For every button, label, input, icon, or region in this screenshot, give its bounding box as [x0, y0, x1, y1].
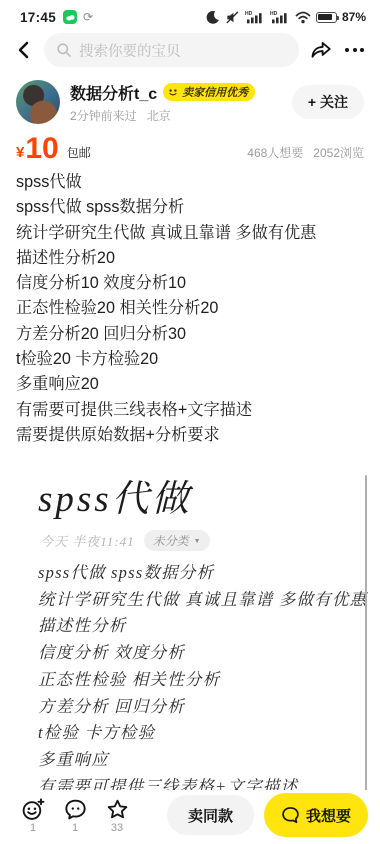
seller-info: 数据分析t_c 卖家信用优秀 2分钟前来过 北京 — [70, 81, 282, 124]
seller-avatar[interactable] — [16, 80, 60, 124]
shipping-label: 包邮 — [67, 144, 91, 164]
item-detail-screen: 17:45 ⟳ HD HD — [0, 0, 380, 844]
price-row: ¥ 10 包邮 468人想要 2052浏览 — [0, 124, 380, 164]
description-line: 信度分析10 效度分析10 — [16, 271, 364, 296]
chevron-down-icon: ▼ — [194, 537, 201, 545]
comment-count: 1 — [72, 823, 78, 834]
note-line: spss代做 spss数据分析 — [38, 560, 354, 587]
sell-same-button[interactable]: 卖同款 — [167, 795, 254, 835]
battery-percent: 87% — [342, 10, 366, 24]
description-line: 多重响应20 — [16, 372, 364, 397]
seller-activity: 2分钟前来过 北京 — [70, 107, 282, 124]
more-icon[interactable] — [343, 44, 366, 56]
mute-icon — [225, 10, 240, 25]
wifi-icon — [295, 11, 311, 24]
share-icon[interactable] — [309, 39, 333, 61]
note-title: spss代做 — [38, 468, 380, 522]
sync-icon: ⟳ — [83, 10, 93, 24]
seller-row: 数据分析t_c 卖家信用优秀 2分钟前来过 北京 + 关注 — [0, 72, 380, 124]
seller-credit-badge: 卖家信用优秀 — [163, 83, 255, 101]
search-input[interactable]: 搜索你要的宝贝 — [44, 33, 299, 67]
price-amount: 10 — [25, 134, 58, 164]
note-line: 正态性检验 相关性分析 — [38, 667, 354, 694]
description-line: 描述性分析20 — [16, 246, 364, 271]
smiley-icon — [168, 88, 179, 97]
note-line: 描述性分析 — [38, 613, 354, 640]
primary-actions: 卖同款 我想要 — [167, 793, 368, 837]
seller-credit-label: 卖家信用优秀 — [182, 84, 248, 100]
favorite-count: 33 — [111, 823, 123, 834]
note-category-label: 未分类 — [153, 532, 189, 549]
search-placeholder: 搜索你要的宝贝 — [79, 40, 181, 61]
chat-app-icon — [63, 10, 77, 24]
note-line: 多重响应 — [38, 747, 354, 774]
signal-sim1-icon: HD — [245, 10, 265, 24]
description-line: 正态性检验20 相关性分析20 — [16, 296, 364, 321]
item-stats: 468人想要 2052浏览 — [247, 144, 364, 164]
favorite-button[interactable]: 33 — [96, 797, 138, 834]
currency-symbol: ¥ — [16, 144, 24, 164]
item-photo-note-screenshot[interactable]: spss代做 今天 半夜11:41 未分类 ▼ spss代做 spss数据分析 … — [0, 456, 380, 844]
description-line: 方差分析20 回归分析30 — [16, 322, 364, 347]
svg-text:HD: HD — [270, 11, 278, 17]
seller-name[interactable]: 数据分析t_c — [70, 81, 157, 104]
chat-icon — [281, 806, 300, 824]
reaction-button[interactable]: 1 — [12, 797, 54, 834]
status-icons: HD HD 87% — [205, 10, 366, 25]
note-meta: 今天 半夜11:41 未分类 ▼ — [40, 530, 380, 551]
battery-icon — [316, 12, 337, 23]
svg-text:HD: HD — [245, 11, 253, 17]
search-icon — [56, 42, 72, 58]
follow-button[interactable]: + 关注 — [292, 85, 364, 119]
note-line: 方差分析 回归分析 — [38, 694, 354, 721]
comment-button[interactable]: 1 — [54, 797, 96, 834]
note-line: 统计学研究生代做 真诚且靠谱 多做有优惠 — [38, 587, 354, 614]
note-line: t检验 卡方检验 — [38, 720, 354, 747]
seller-location: 北京 — [147, 107, 171, 124]
bottom-action-bar: 1 1 33 卖同款 我想要 — [0, 790, 380, 844]
wants-count: 468人想要 — [247, 144, 303, 161]
note-timestamp: 今天 半夜11:41 — [40, 531, 135, 550]
note-scrollbar — [365, 475, 368, 793]
cloud-glyph — [66, 14, 75, 21]
comment-bubble-icon — [63, 797, 88, 822]
i-want-label: 我想要 — [306, 805, 351, 826]
note-line: 信度分析 效度分析 — [38, 640, 354, 667]
views-count: 2052浏览 — [313, 144, 364, 161]
moon-icon — [205, 10, 220, 25]
description-line: spss代做 spss数据分析 — [16, 195, 364, 220]
description-line: spss代做 — [16, 170, 364, 195]
status-bar: 17:45 ⟳ HD HD — [0, 0, 380, 28]
clock: 17:45 — [20, 10, 56, 25]
back-icon[interactable] — [14, 40, 34, 60]
note-body: spss代做 spss数据分析 统计学研究生代做 真诚且靠谱 多做有优惠 描述性… — [38, 560, 354, 827]
smiley-plus-icon — [21, 797, 46, 822]
last-active: 2分钟前来过 — [70, 107, 137, 124]
i-want-button[interactable]: 我想要 — [264, 793, 368, 837]
description-line: 统计学研究生代做 真诚且靠谱 多做有优惠 — [16, 221, 364, 246]
note-category-pill: 未分类 ▼ — [144, 530, 210, 551]
signal-sim2-icon: HD — [270, 10, 290, 24]
star-icon — [105, 797, 130, 822]
reaction-count: 1 — [30, 823, 36, 834]
description-line: 有需要可提供三线表格+文字描述 — [16, 398, 364, 423]
description-line: t检验20 卡方检验20 — [16, 347, 364, 372]
nav-bar: 搜索你要的宝贝 — [0, 28, 380, 72]
item-description: spss代做 spss代做 spss数据分析 统计学研究生代做 真诚且靠谱 多做… — [0, 164, 380, 448]
description-line: 需要提供原始数据+分析要求 — [16, 423, 364, 448]
